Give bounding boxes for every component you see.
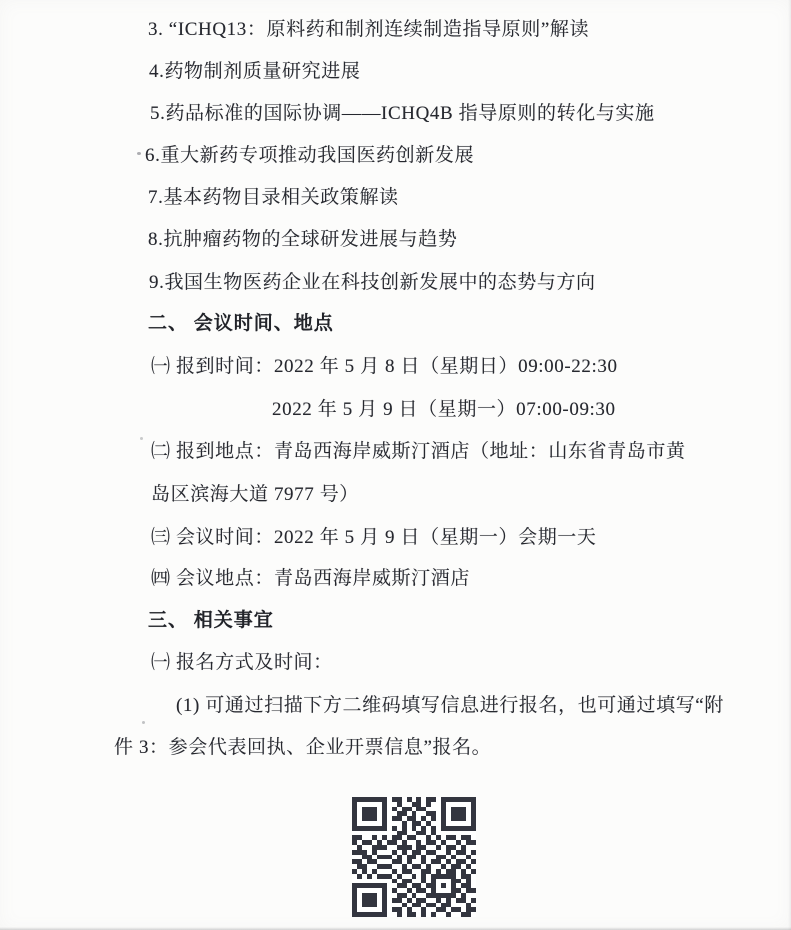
registration-place-line-2: 岛区滨海大道 7977 号） xyxy=(151,483,359,507)
agenda-item-7: 7.基本药物目录相关政策解读 xyxy=(148,186,399,210)
registration-time-line-2: 2022 年 5 月 9 日（星期一）07:00-09:30 xyxy=(272,398,616,422)
section-3-heading: 三、 相关事宜 xyxy=(148,609,274,633)
scan-speck xyxy=(142,721,145,724)
agenda-item-3: 3. “ICHQ13：原料药和制剂连续制造指导原则”解读 xyxy=(148,18,589,42)
registration-place-line-1: ㈡ 报到地点：青岛西海岸威斯汀酒店（地址：山东省青岛市黄 xyxy=(151,440,686,464)
meeting-time-line: ㈢ 会议时间：2022 年 5 月 9 日（星期一）会期一天 xyxy=(151,526,597,550)
signup-para-line-1: (1) 可通过扫描下方二维码填写信息进行报名，也可通过填写“附 xyxy=(176,694,724,718)
signup-para-line-2: 件 3：参会代表回执、企业开票信息”报名。 xyxy=(114,736,491,760)
agenda-item-5: 5.药品标准的国际协调——ICHQ4B 指导原则的转化与实施 xyxy=(150,102,655,126)
registration-time-line-1: ㈠ 报到时间：2022 年 5 月 8 日（星期日）09:00-22:30 xyxy=(151,355,618,379)
agenda-item-6: 6.重大新药专项推动我国医药创新发展 xyxy=(145,144,474,168)
agenda-item-8: 8.抗肿瘤药物的全球研发进展与趋势 xyxy=(148,228,457,252)
scan-speck xyxy=(140,437,143,440)
scan-speck xyxy=(137,152,141,155)
meeting-place-line: ㈣ 会议地点：青岛西海岸威斯汀酒店 xyxy=(151,567,470,591)
signup-method-line: ㈠ 报名方式及时间： xyxy=(151,651,333,675)
registration-qr-code xyxy=(352,797,476,917)
agenda-item-4: 4.药物制剂质量研究进展 xyxy=(149,60,360,84)
section-2-heading: 二、 会议时间、地点 xyxy=(148,312,334,336)
agenda-item-9: 9.我国生物医药企业在科技创新发展中的态势与方向 xyxy=(149,271,596,295)
scanned-document-page: 3. “ICHQ13：原料药和制剂连续制造指导原则”解读 4.药物制剂质量研究进… xyxy=(0,0,791,930)
